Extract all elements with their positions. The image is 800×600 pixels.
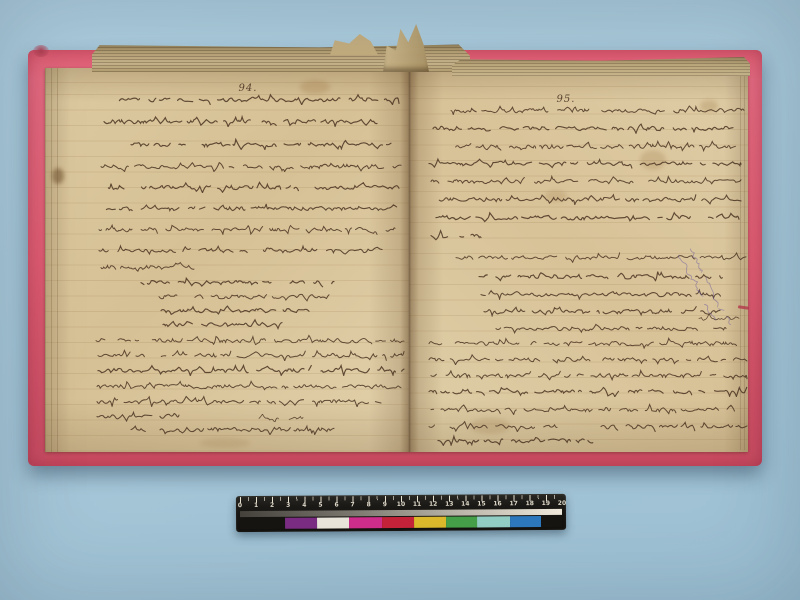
ruler-number: 19: [542, 500, 550, 507]
handwriting-line: [96, 410, 180, 422]
handwriting-line: [100, 261, 196, 273]
handwriting-line: [130, 138, 392, 150]
ruler-number: 14: [461, 501, 469, 508]
handwriting-line: [428, 385, 748, 397]
color-patch-magenta: [349, 517, 381, 528]
handwriting-line: [435, 211, 740, 223]
handwriting-line: [115, 93, 400, 105]
color-patch-purple: [285, 518, 317, 529]
handwriting-line: [160, 304, 310, 316]
color-patch-black: [240, 518, 285, 529]
ruler-number: 17: [509, 500, 517, 507]
handwriting-line: [158, 290, 330, 302]
ruler-number: 12: [429, 501, 437, 508]
handwriting-line: [430, 403, 744, 415]
handwriting-line: [96, 380, 402, 392]
handwriting-line: [430, 369, 748, 381]
handwriting-line: [428, 420, 558, 432]
handwriting-line: [432, 122, 734, 134]
handwriting-line: [130, 423, 335, 435]
handwriting-line: [98, 202, 398, 214]
ruler-number: 1: [254, 502, 258, 509]
ruler-number: 18: [526, 500, 534, 507]
handwriting-line: [432, 193, 742, 205]
handwriting-line: [483, 305, 721, 317]
handwriting-line: [97, 364, 405, 376]
ruler-number: 3: [286, 502, 290, 509]
handwriting-line: [600, 420, 748, 432]
ruler-number: 8: [367, 501, 371, 508]
handwriting-line: [96, 395, 396, 407]
handwriting-line: [103, 115, 378, 127]
color-patch-red: [382, 517, 414, 528]
handwriting-line: [258, 414, 304, 422]
color-patch-yellow: [414, 517, 446, 528]
handwriting-line: [98, 181, 400, 193]
ruler-number: 16: [493, 500, 501, 507]
color-patch-black-end: [541, 516, 562, 527]
handwriting-line: [428, 337, 746, 349]
photograph-scene: 94. 95. 01234567891011121314151617181920: [0, 0, 800, 600]
ruler-number: 13: [445, 501, 453, 508]
color-patch-green: [446, 516, 477, 527]
ruler-number: 9: [383, 501, 387, 508]
color-calibration-strip: [240, 516, 562, 529]
ruler-number: 4: [302, 502, 306, 509]
handwriting-line: [430, 229, 482, 241]
handwriting-line: [98, 223, 396, 235]
ruler-number: 10: [397, 501, 405, 508]
handwriting-line: [480, 288, 723, 300]
handwriting-line: [437, 434, 595, 446]
handwriting-line: [430, 175, 742, 187]
handwriting-line: [97, 349, 405, 361]
handwriting-line: [140, 276, 335, 288]
ruler-number: 6: [334, 501, 338, 508]
photographic-ruler: 01234567891011121314151617181920: [236, 494, 566, 532]
ruler-number: 5: [318, 502, 322, 509]
color-patch-white: [317, 517, 349, 528]
handwriting-line: [100, 160, 402, 172]
handwriting-line: [428, 353, 748, 365]
handwriting-line: [98, 244, 390, 256]
ruler-number: 11: [413, 501, 421, 508]
ruler-number: 7: [351, 501, 355, 508]
handwriting-line: [162, 318, 284, 330]
handwriting-line: [445, 140, 737, 152]
ruler-number: 20: [558, 500, 566, 507]
ruler-number: 2: [270, 502, 274, 509]
handwriting-line: [450, 104, 745, 116]
ruler-number: 0: [238, 502, 242, 509]
ruler-number: 15: [477, 500, 485, 507]
color-patch-cyan: [477, 516, 511, 527]
handwriting-line: [455, 251, 747, 263]
handwriting-line: [495, 322, 727, 334]
color-patch-blue: [510, 516, 541, 527]
handwriting-line: [428, 157, 742, 169]
handwriting-line: [95, 334, 405, 346]
